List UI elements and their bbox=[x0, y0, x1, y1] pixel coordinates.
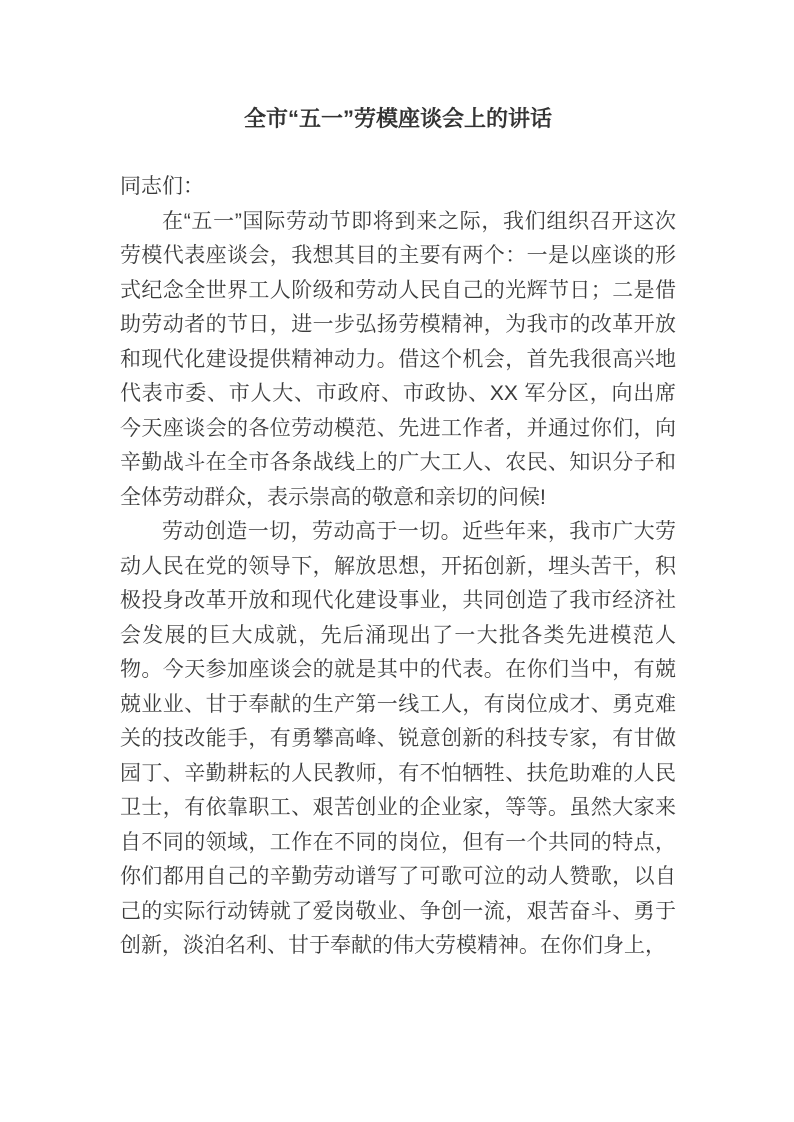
document-title: 全市“五一”劳模座谈会上的讲话 bbox=[120, 102, 676, 136]
paragraph-body: 劳动创造一切，劳动高于一切。近些年来，我市广大劳动人民在党的领导下，解放思想，开… bbox=[120, 515, 676, 964]
paragraph-opening: 在“五一”国际劳动节即将到来之际，我们组织召开这次劳模代表座谈会，我想其目的主要… bbox=[120, 205, 676, 516]
document-page: 全市“五一”劳模座谈会上的讲话 同志们： 在“五一”国际劳动节即将到来之际，我们… bbox=[0, 0, 794, 1122]
greeting-line: 同志们： bbox=[120, 170, 676, 205]
